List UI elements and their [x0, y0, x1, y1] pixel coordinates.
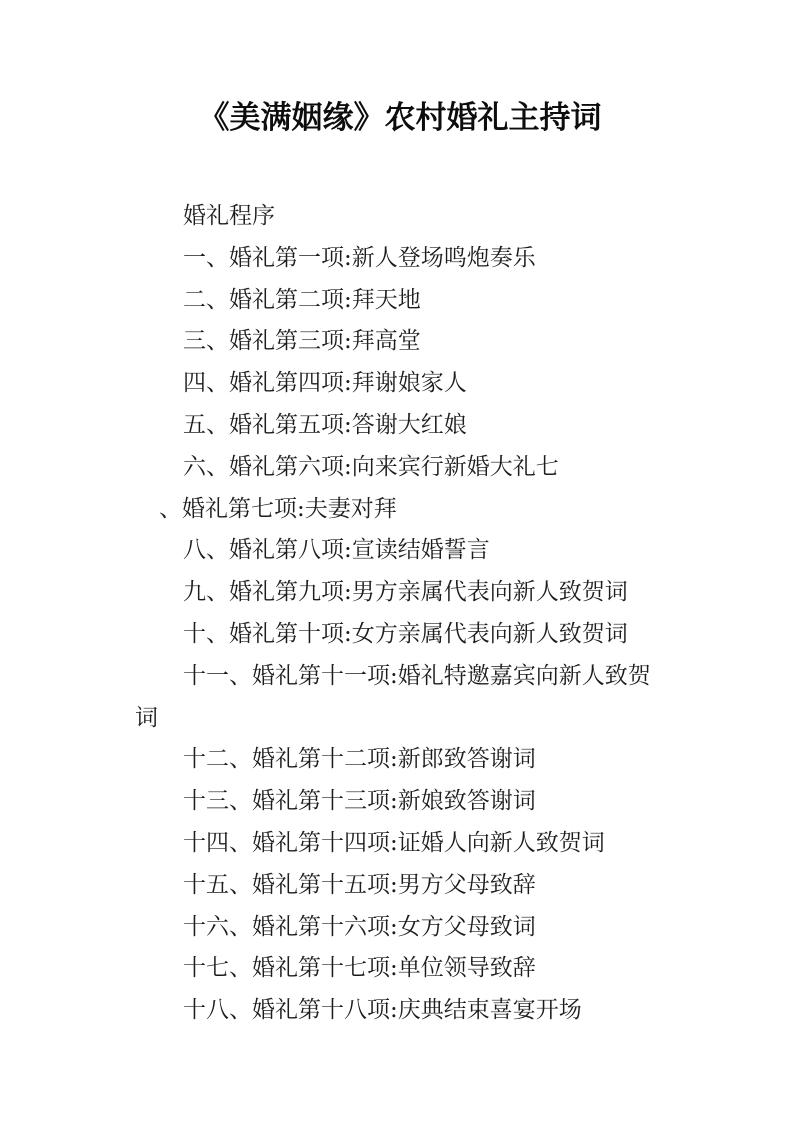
- program-item-11: 十一、婚礼第十一项:婚礼特邀嘉宾向新人致贺词: [135, 656, 665, 740]
- program-item-10: 十、婚礼第十项:女方亲属代表向新人致贺词: [135, 614, 665, 656]
- program-item-12: 十二、婚礼第十二项:新郎致答谢词: [135, 739, 665, 781]
- program-item-4: 四、婚礼第四项:拜谢娘家人: [135, 363, 665, 405]
- document-body: 婚礼程序 一、婚礼第一项:新人登场鸣炮奏乐 二、婚礼第二项:拜天地 三、婚礼第三…: [135, 196, 665, 1032]
- program-item-2: 二、婚礼第二项:拜天地: [135, 280, 665, 322]
- program-item-8: 八、婚礼第八项:宣读结婚誓言: [135, 530, 665, 572]
- program-item-18: 十八、婚礼第十八项:庆典结束喜宴开场: [135, 990, 665, 1032]
- program-item-1: 一、婚礼第一项:新人登场鸣炮奏乐: [135, 238, 665, 280]
- program-item-9: 九、婚礼第九项:男方亲属代表向新人致贺词: [135, 572, 665, 614]
- document-title: 《美满姻缘》农村婚礼主持词: [0, 96, 800, 140]
- program-item-13: 十三、婚礼第十三项:新娘致答谢词: [135, 781, 665, 823]
- program-item-5: 五、婚礼第五项:答谢大红娘: [135, 405, 665, 447]
- program-item-14: 十四、婚礼第十四项:证婚人向新人致贺词: [135, 823, 665, 865]
- program-item-16: 十六、婚礼第十六项:女方父母致词: [135, 907, 665, 949]
- section-heading-wedding-program: 婚礼程序: [135, 196, 665, 238]
- program-item-6: 六、婚礼第六项:向来宾行新婚大礼七: [135, 447, 665, 489]
- program-item-7: 、婚礼第七项:夫妻对拜: [135, 489, 665, 531]
- program-item-3: 三、婚礼第三项:拜高堂: [135, 321, 665, 363]
- program-item-15: 十五、婚礼第十五项:男方父母致辞: [135, 865, 665, 907]
- document-page: 《美满姻缘》农村婚礼主持词 婚礼程序 一、婚礼第一项:新人登场鸣炮奏乐 二、婚礼…: [0, 0, 800, 1132]
- program-item-17: 十七、婚礼第十七项:单位领导致辞: [135, 948, 665, 990]
